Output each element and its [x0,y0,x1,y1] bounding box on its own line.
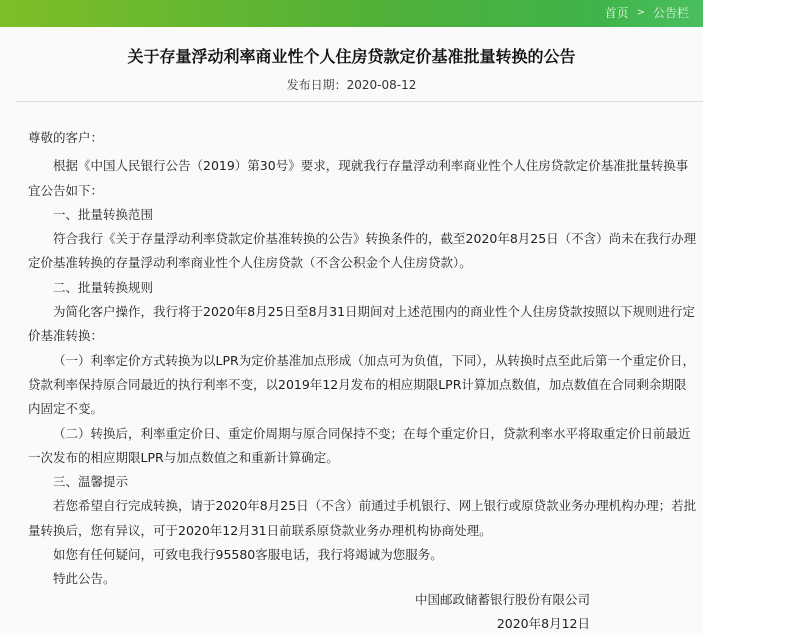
section-heading-scope: 一、批量转换范围 [28,203,698,227]
paragraph-rule-2: （二）转换后，利率重定价日、重定价周期与原合同保持不变；在每个重定价日，贷款利率… [28,422,698,471]
announcement-page: 首页 > 公告栏 关于存量浮动利率商业性个人住房贷款定价基准批量转换的公告 发布… [0,0,703,633]
breadcrumb-separator: > [637,7,645,18]
signature-organization: 中国邮政储蓄银行股份有限公司 [415,590,590,608]
paragraph-tips: 若您希望自行完成转换，请于2020年8月25日（不含）前通过手机银行、网上银行或… [28,494,698,543]
section-heading-tips: 三、温馨提示 [28,470,698,494]
paragraph-contact: 如您有任何疑问，可致电我行95580客服电话，我行将竭诚为您服务。 [28,543,698,567]
page-title: 关于存量浮动利率商业性个人住房贷款定价基准批量转换的公告 [0,44,703,67]
breadcrumb: 首页 > 公告栏 [605,4,689,21]
paragraph-rule-1: （一）利率定价方式转换为以LPR为定价基准加点形成（加点可为负值，下同），从转换… [28,349,698,422]
right-margin [703,0,808,633]
paragraph-scope: 符合我行《关于存量浮动利率贷款定价基准转换的公告》转换条件的，截至2020年8月… [28,227,698,276]
paragraph-rules: 为简化客户操作，我行将于2020年8月25日至8月31日期间对上述范围内的商业性… [28,300,698,349]
breadcrumb-home-link[interactable]: 首页 [605,4,629,21]
top-banner: 首页 > 公告栏 [0,0,703,27]
section-heading-rules: 二、批量转换规则 [28,276,698,300]
paragraph-intro: 根据《中国人民银行公告（2019）第30号》要求，现就我行存量浮动利率商业性个人… [28,154,698,203]
signature-date: 2020年8月12日 [497,614,590,632]
breadcrumb-bulletin-link[interactable]: 公告栏 [653,4,689,21]
paragraph-closing: 特此公告。 [28,567,698,591]
greeting: 尊敬的客户： [28,126,698,150]
article-body: 尊敬的客户： 根据《中国人民银行公告（2019）第30号》要求，现就我行存量浮动… [28,126,698,592]
publish-date: 发布日期：2020-08-12 [0,76,703,93]
title-divider [16,101,703,102]
